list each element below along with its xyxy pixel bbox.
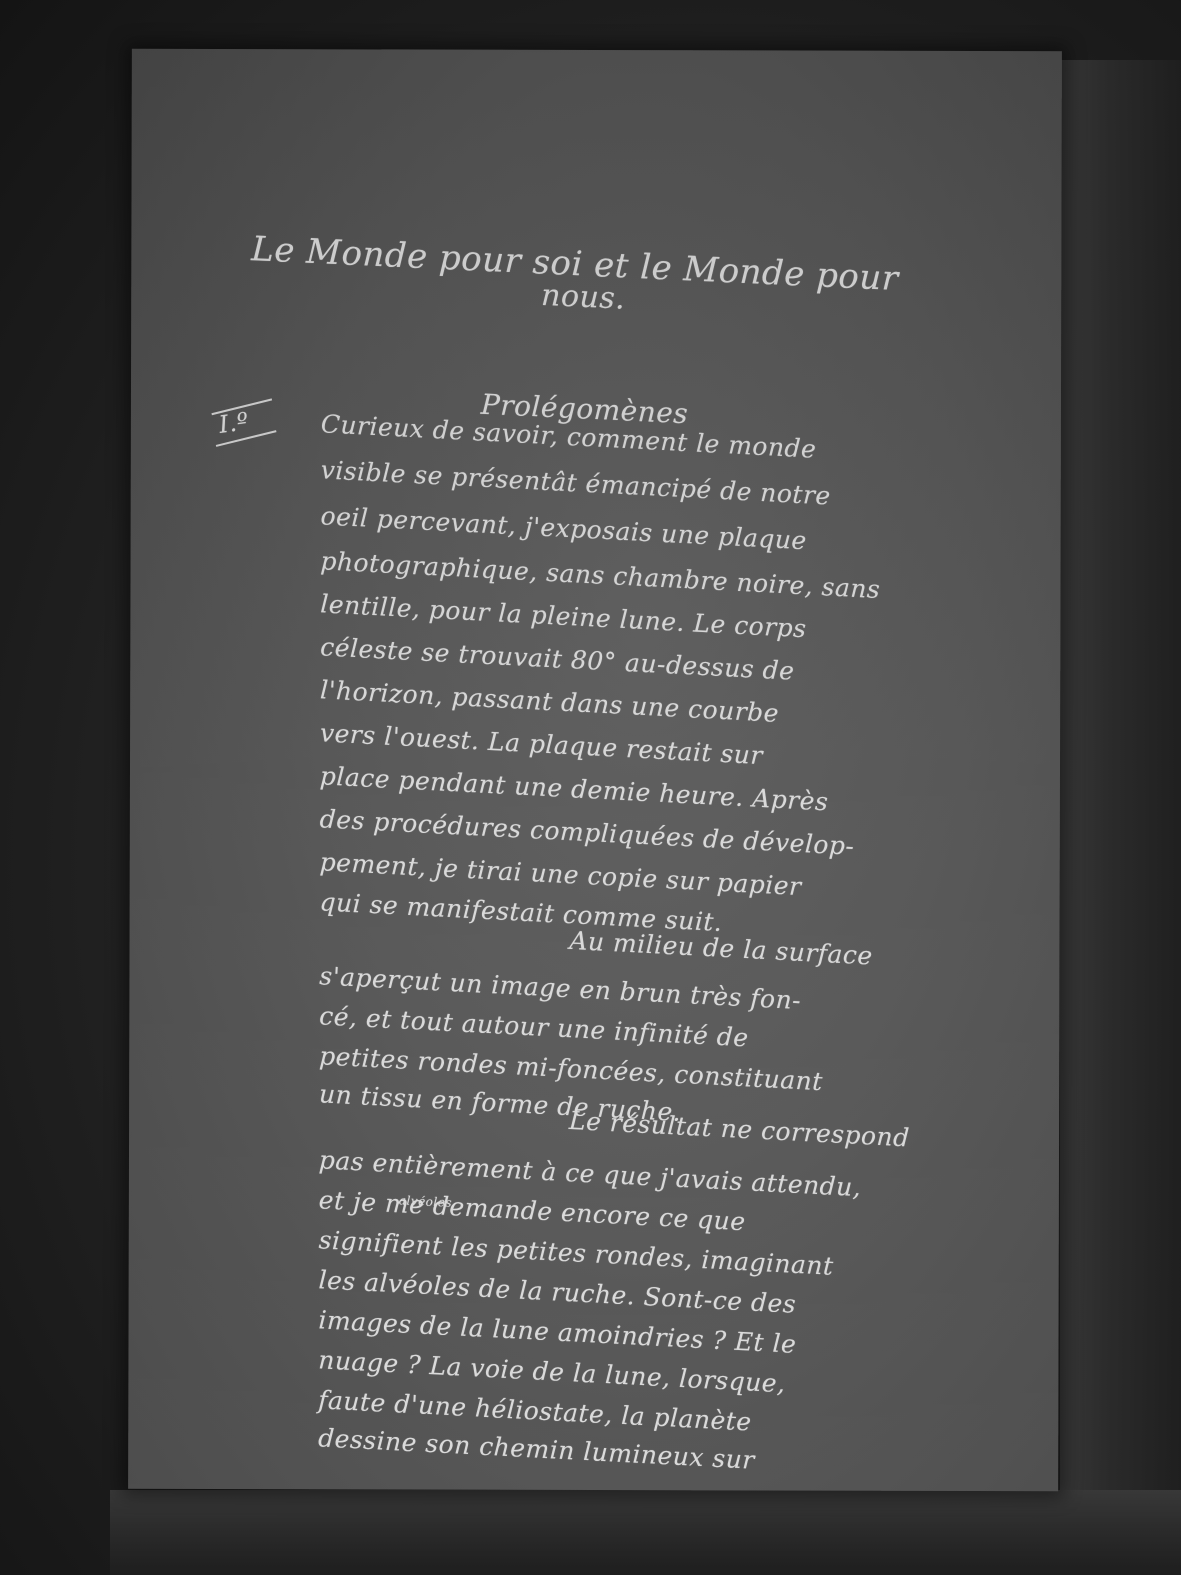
margin-number: I.º [217,407,250,439]
text-line-indented: Le résultat ne correspond [568,1106,910,1153]
text-line: qui se manifestait comme suit. [319,887,723,937]
text-line: l'horizon, passant dans une courbe [319,675,779,728]
interlinear-insertion: alvéoles [399,1193,453,1209]
page-shadow-bottom [110,1490,1181,1575]
text-line: visible se présentât émancipé de notre [320,455,831,510]
title-line-2: nous. [540,278,626,317]
page-shadow-right [1060,60,1181,1575]
manuscript-page: Le Monde pour soi et le Monde pour nous.… [128,49,1062,1491]
text-line: oeil percevant, j'exposais une plaque [320,501,808,555]
text-line: céleste se trouvait 80° au-dessus de [320,632,796,685]
text-line: vers l'ouest. La plaque restait sur [319,718,763,770]
